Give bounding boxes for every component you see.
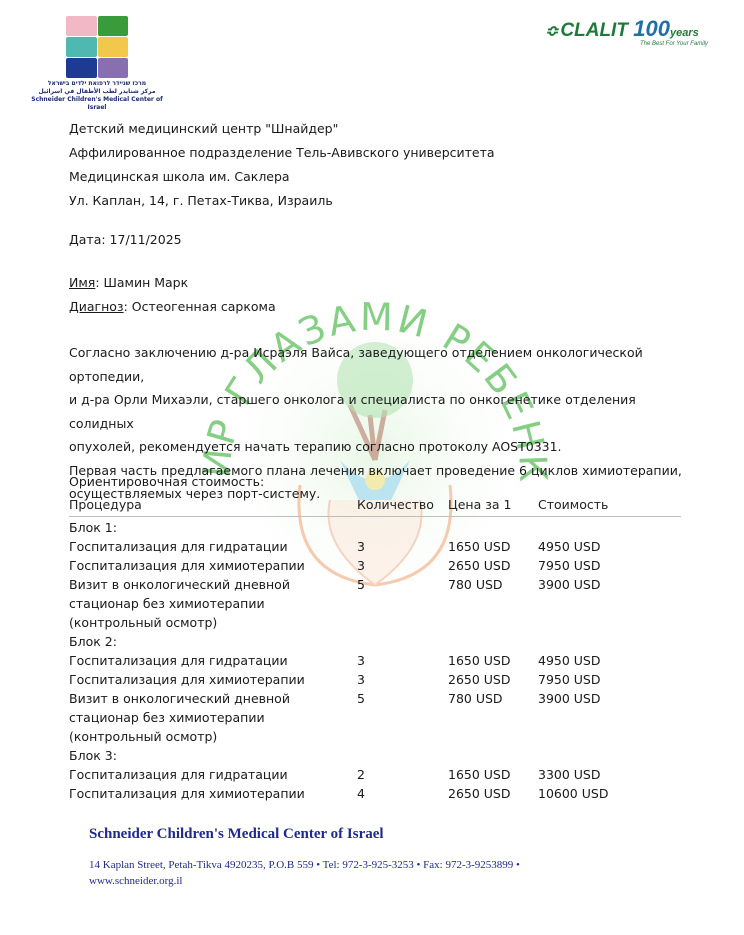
- cost-title: Ориентировочная стоимость:: [69, 470, 264, 494]
- header-procedure: Процедура: [69, 495, 357, 514]
- clalit-tagline: The Best For Your Family: [640, 41, 708, 47]
- cell-cost: 4950 USD: [538, 651, 678, 670]
- document-date: Дата: 17/11/2025: [69, 228, 182, 252]
- cell-procedure: Госпитализация для гидратации: [69, 765, 357, 784]
- table-row: Госпитализация для химиотерапии32650 USD…: [69, 556, 681, 575]
- patient-name: Имя: Шамин Марк: [69, 271, 276, 295]
- header-cost: Стоимость: [538, 495, 678, 514]
- schneider-logo-text: מרכז שניידר לרפואת ילדים בישראל مركز شنا…: [22, 80, 172, 112]
- cell-cost: 3300 USD: [538, 765, 678, 784]
- paragraph-line: Согласно заключению д-ра Исраэля Вайса, …: [69, 341, 699, 388]
- header-quantity: Количество: [357, 495, 448, 514]
- block-title: Блок 2:: [69, 632, 681, 651]
- paragraph-line: и д-ра Орли Михаэли, старшего онколога и…: [69, 388, 699, 435]
- cost-table: Процедура Количество Цена за 1 Стоимость…: [69, 495, 681, 803]
- cell-price: 2650 USD: [448, 556, 538, 575]
- cell-cost: 3900 USD: [538, 575, 678, 632]
- cell-procedure: Госпитализация для химиотерапии: [69, 784, 357, 803]
- paragraph-line: опухолей, рекомендуется начать терапию с…: [69, 435, 699, 459]
- address-line: Детский медицинский центр "Шнайдер": [69, 117, 495, 141]
- cell-procedure: Госпитализация для гидратации: [69, 537, 357, 556]
- cell-price: 780 USD: [448, 575, 538, 632]
- cell-qty: 4: [357, 784, 448, 803]
- diagnosis-value: : Остеогенная саркома: [124, 299, 276, 314]
- cell-price: 2650 USD: [448, 784, 538, 803]
- cell-cost: 7950 USD: [538, 556, 678, 575]
- table-row: Госпитализация для гидратации31650 USD49…: [69, 651, 681, 670]
- cell-qty: 5: [357, 689, 448, 746]
- cell-cost: 4950 USD: [538, 537, 678, 556]
- footer-address: 14 Kaplan Street, Petah-Tikva 4920235, P…: [89, 857, 569, 873]
- cell-price: 1650 USD: [448, 651, 538, 670]
- address-line: Аффилированное подразделение Тель-Авивск…: [69, 141, 495, 165]
- name-label: Имя: [69, 275, 95, 290]
- block-title-text: Блок 1:: [69, 518, 357, 537]
- cell-procedure: Госпитализация для химиотерапии: [69, 556, 357, 575]
- clalit-years: years: [670, 27, 699, 39]
- header-price: Цена за 1: [448, 495, 538, 514]
- cell-qty: 3: [357, 537, 448, 556]
- logo-arabic: مركز شنايدر لطب الأطفال في اسرائيل: [22, 88, 172, 96]
- cell-price: 1650 USD: [448, 537, 538, 556]
- cell-price: 1650 USD: [448, 765, 538, 784]
- clalit-brand: CLALIT: [560, 20, 628, 41]
- cell-qty: 3: [357, 556, 448, 575]
- cell-cost: 7950 USD: [538, 670, 678, 689]
- address-line: Медицинская школа им. Саклера: [69, 165, 495, 189]
- block-title: Блок 1:: [69, 518, 681, 537]
- cell-procedure: Визит в онкологический дневной стационар…: [69, 689, 357, 746]
- cell-cost: 3900 USD: [538, 689, 678, 746]
- puzzle-logo-icon: [66, 16, 128, 78]
- table-row: Визит в онкологический дневной стационар…: [69, 575, 681, 632]
- footer-website[interactable]: www.schneider.org.il: [89, 873, 569, 889]
- cell-procedure: Госпитализация для химиотерапии: [69, 670, 357, 689]
- clalit-icon: ≎: [545, 23, 558, 40]
- cell-price: 2650 USD: [448, 670, 538, 689]
- table-row: Госпитализация для химиотерапии42650 USD…: [69, 784, 681, 803]
- diagnosis-label: Диагноз: [69, 299, 124, 314]
- table-row: Госпитализация для гидратации21650 USD33…: [69, 765, 681, 784]
- block-title: Блок 3:: [69, 746, 681, 765]
- name-value: : Шамин Марк: [95, 275, 188, 290]
- cell-qty: 3: [357, 651, 448, 670]
- block-title-text: Блок 3:: [69, 746, 357, 765]
- cell-procedure: Визит в онкологический дневной стационар…: [69, 575, 357, 632]
- table-row: Госпитализация для химиотерапии32650 USD…: [69, 670, 681, 689]
- block-title-text: Блок 2:: [69, 632, 357, 651]
- patient-info: Имя: Шамин Марк Диагноз: Остеогенная сар…: [69, 271, 276, 319]
- footer-contact: 14 Kaplan Street, Petah-Tikva 4920235, P…: [89, 857, 569, 889]
- footer-title: Schneider Children's Medical Center of I…: [89, 826, 384, 843]
- address-line: Ул. Каплан, 14, г. Петах-Тиква, Израиль: [69, 189, 495, 213]
- cell-procedure: Госпитализация для гидратации: [69, 651, 357, 670]
- cell-cost: 10600 USD: [538, 784, 678, 803]
- clalit-logo: ≎CLALIT 100years: [545, 16, 699, 42]
- cell-price: 780 USD: [448, 689, 538, 746]
- cell-qty: 2: [357, 765, 448, 784]
- logo-english: Schneider Children's Medical Center of I…: [22, 96, 172, 112]
- address-block: Детский медицинский центр "Шнайдер" Аффи…: [69, 117, 495, 213]
- table-row: Визит в онкологический дневной стационар…: [69, 689, 681, 746]
- patient-diagnosis: Диагноз: Остеогенная саркома: [69, 295, 276, 319]
- table-row: Госпитализация для гидратации31650 USD49…: [69, 537, 681, 556]
- logo-hebrew: מרכז שניידר לרפואת ילדים בישראל: [22, 80, 172, 88]
- cell-qty: 3: [357, 670, 448, 689]
- cell-qty: 5: [357, 575, 448, 632]
- clalit-100: 100: [633, 16, 670, 41]
- table-header: Процедура Количество Цена за 1 Стоимость: [69, 495, 681, 517]
